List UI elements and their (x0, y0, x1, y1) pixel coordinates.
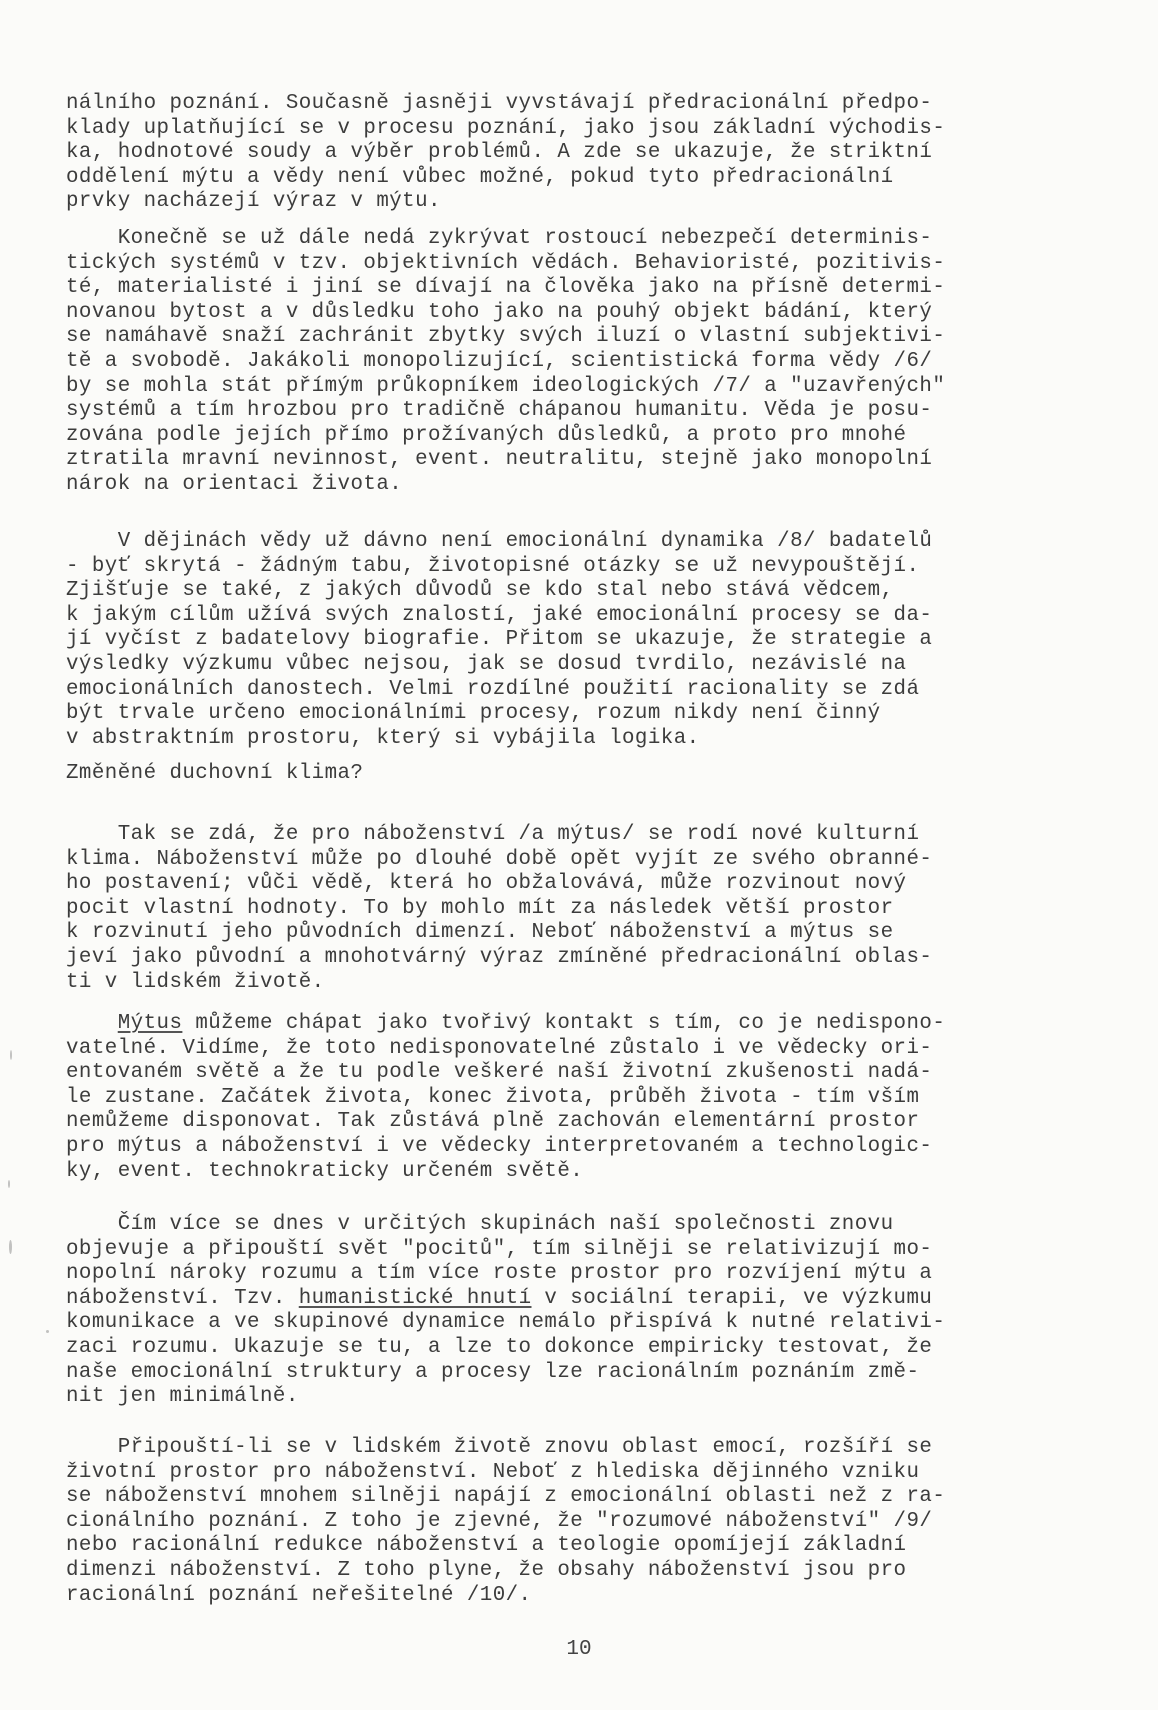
section-heading: Změněné duchovní klima? (66, 762, 1106, 787)
text-line: se namáhavě snaží zachránit zbytky svých… (66, 325, 1106, 350)
scan-speck (9, 1240, 12, 1254)
text-line: té, materialisté i jiní se dívají na člo… (66, 276, 1106, 301)
text-line: tických systémů v tzv. objektivních vědá… (66, 252, 1106, 277)
text-line: klady uplatňující se v procesu poznání, … (66, 117, 1106, 142)
paragraph-1: nálního poznání. Současně jasněji vyvstá… (66, 92, 1106, 215)
paragraph-2: Konečně se už dále nedá zykrývat rostouc… (66, 227, 1106, 498)
text-line: životní prostor pro náboženství. Neboť z… (66, 1461, 1106, 1486)
paragraph-4: Tak se zdá, že pro náboženství /a mýtus/… (66, 823, 1106, 995)
text-line: nárok na orientaci života. (66, 473, 1106, 498)
text-line: být trvale určeno emocionálními procesy,… (66, 702, 1106, 727)
text-line: zována podle jejích přímo prožívaných dů… (66, 424, 1106, 449)
text-run: naše emocionální struktury a procesy lze… (66, 1361, 919, 1384)
text-line: ho postavení; vůči vědě, která ho obžalo… (66, 872, 1106, 897)
text-line: nebo racionální redukce náboženství a te… (66, 1534, 1106, 1559)
text-line: entovaném světě a že tu podle veškeré na… (66, 1061, 1106, 1086)
text-line: nálního poznání. Současně jasněji vyvstá… (66, 92, 1106, 117)
scan-speck (10, 1050, 12, 1060)
text-line: Mýtus můžeme chápat jako tvořivý kontakt… (66, 1012, 1106, 1037)
text-line: ky, event. technokraticky určeném světě. (66, 1160, 1106, 1185)
section-heading-text: Změněné duchovní klima? (66, 762, 1106, 787)
text-run: v sociální terapii, ve výzkumu (532, 1287, 933, 1310)
text-line: ka, hodnotové soudy a výběr problémů. A … (66, 141, 1106, 166)
text-line: Konečně se už dále nedá zykrývat rostouc… (66, 227, 1106, 252)
text-line: naše emocionální struktury a procesy lze… (66, 1361, 1106, 1386)
text-run: Čím více se dnes v určitých skupinách na… (66, 1213, 894, 1236)
text-run (66, 1012, 118, 1035)
text-line: emocionálních danostech. Velmi rozdílné … (66, 678, 1106, 703)
text-line: Zjišťuje se také, z jakých důvodů se kdo… (66, 579, 1106, 604)
scan-speck (8, 1180, 10, 1188)
text-run: nit jen minimálně. (66, 1385, 299, 1408)
text-line: ti v lidském životě. (66, 971, 1106, 996)
text-line: - byť skrytá - žádným tabu, životopisné … (66, 555, 1106, 580)
paragraph-3: V dějinách vědy už dávno není emocionáln… (66, 530, 1106, 751)
text-line: nemůžeme disponovat. Tak zůstává plně za… (66, 1110, 1106, 1135)
text-line: novanou bytost a v důsledku toho jako na… (66, 301, 1106, 326)
text-run: zaci rozumu. Ukazuje se tu, a lze to dok… (66, 1336, 932, 1359)
page-number: 10 (0, 1638, 1158, 1661)
underlined-term: humanistické hnutí (299, 1287, 532, 1310)
text-line: jeví jako původní a mnohotvárný výraz zm… (66, 946, 1106, 971)
text-line: le zustane. Začátek života, konec života… (66, 1086, 1106, 1111)
scan-speck (46, 1330, 49, 1333)
text-line: prvky nacházejí výraz v mýtu. (66, 190, 1106, 215)
text-line: pro mýtus a náboženství i ve vědecky int… (66, 1135, 1106, 1160)
text-line: Tak se zdá, že pro náboženství /a mýtus/… (66, 823, 1106, 848)
text-line: vatelné. Vidíme, že toto nedisponovateln… (66, 1037, 1106, 1062)
text-run: náboženství. Tzv. (66, 1287, 299, 1310)
text-run: entovaném světě a že tu podle veškeré na… (66, 1061, 932, 1084)
text-line: systémů a tím hrozbou pro tradičně chápa… (66, 399, 1106, 424)
text-run: pro mýtus a náboženství i ve vědecky int… (66, 1135, 932, 1158)
text-run: vatelné. Vidíme, že toto nedisponovateln… (66, 1037, 932, 1060)
text-line: nopolní nároky rozumu a tím více roste p… (66, 1262, 1106, 1287)
text-line: oddělení mýtu a vědy není vůbec možné, p… (66, 166, 1106, 191)
text-line: ztratila mravní nevinnost, event. neutra… (66, 448, 1106, 473)
text-line: k rozvinutí jeho původních dimenzí. Nebo… (66, 921, 1106, 946)
text-line: pocit vlastní hodnoty. To by mohlo mít z… (66, 897, 1106, 922)
text-line: objevuje a připouští svět "pocitů", tím … (66, 1238, 1106, 1263)
text-run: nemůžeme disponovat. Tak zůstává plně za… (66, 1110, 919, 1133)
text-line: V dějinách vědy už dávno není emocionáln… (66, 530, 1106, 555)
typewritten-page: nálního poznání. Současně jasněji vyvstá… (0, 0, 1158, 1710)
text-line: zaci rozumu. Ukazuje se tu, a lze to dok… (66, 1336, 1106, 1361)
text-line: Připouští-li se v lidském životě znovu o… (66, 1436, 1106, 1461)
text-run: objevuje a připouští svět "pocitů", tím … (66, 1238, 932, 1261)
text-line: výsledky výzkumu vůbec nejsou, jak se do… (66, 653, 1106, 678)
paragraph-7: Připouští-li se v lidském životě znovu o… (66, 1436, 1106, 1608)
text-run: ky, event. technokraticky určeném světě. (66, 1160, 583, 1183)
text-run: nopolní nároky rozumu a tím více roste p… (66, 1262, 932, 1285)
paragraph-5: Mýtus můžeme chápat jako tvořivý kontakt… (66, 1012, 1106, 1184)
text-line: se náboženství mnohem silněji napájí z e… (66, 1485, 1106, 1510)
underlined-term: Mýtus (118, 1012, 183, 1035)
text-line: tě a svobodě. Jakákoli monopolizující, s… (66, 350, 1106, 375)
text-run: můžeme chápat jako tvořivý kontakt s tím… (182, 1012, 945, 1035)
text-line: komunikace a ve skupinové dynamice nemál… (66, 1311, 1106, 1336)
text-line: by se mohla stát přímým průkopníkem ideo… (66, 375, 1106, 400)
text-line: dimenzi náboženství. Z toho plyne, že ob… (66, 1559, 1106, 1584)
paragraph-6: Čím více se dnes v určitých skupinách na… (66, 1213, 1106, 1410)
text-run: komunikace a ve skupinové dynamice nemál… (66, 1311, 945, 1334)
text-run: le zustane. Začátek života, konec života… (66, 1086, 919, 1109)
text-line: Čím více se dnes v určitých skupinách na… (66, 1213, 1106, 1238)
text-line: náboženství. Tzv. humanistické hnutí v s… (66, 1287, 1106, 1312)
text-line: cionálního poznání. Z toho je zjevné, že… (66, 1510, 1106, 1535)
text-line: k jakým cílům užívá svých znalostí, jaké… (66, 604, 1106, 629)
text-line: nit jen minimálně. (66, 1385, 1106, 1410)
text-line: klima. Náboženství může po dlouhé době o… (66, 848, 1106, 873)
text-line: racionální poznání neřešitelné /10/. (66, 1584, 1106, 1609)
text-line: jí vyčíst z badatelovy biografie. Přitom… (66, 628, 1106, 653)
text-line: v abstraktním prostoru, který si vybájil… (66, 727, 1106, 752)
